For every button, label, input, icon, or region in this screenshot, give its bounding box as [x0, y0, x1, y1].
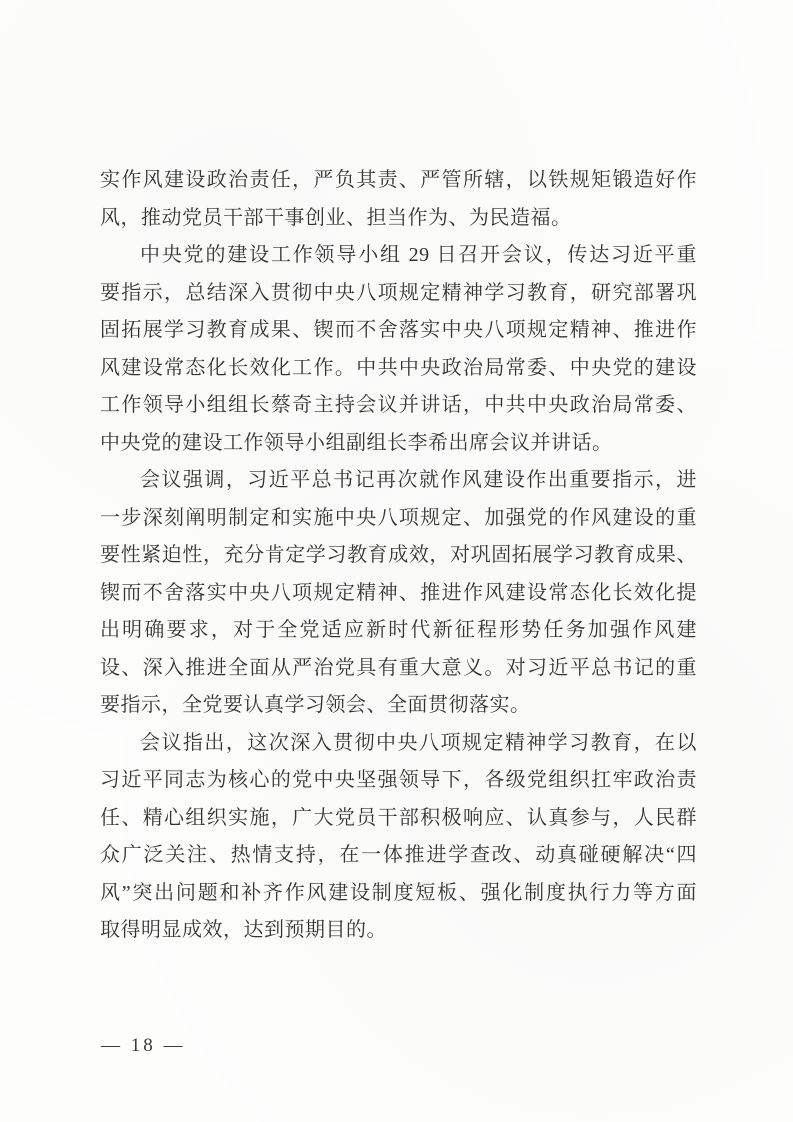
body-text-line: 要性紧迫性，充分肯定学习教育成效，对巩固拓展学习教育成果、	[100, 537, 697, 575]
body-text-line: 出明确要求，对于全党适应新时代新征程形势任务加强作风建	[100, 612, 697, 650]
body-text-line: 要指示，全党要认真学习领会、全面贯彻落实。	[100, 687, 697, 725]
body-text-line: 风建设常态化长效化工作。中共中央政治局常委、中央党的建设	[100, 350, 697, 388]
body-text-line: 一步深刻阐明制定和实施中央八项规定、加强党的作风建设的重	[100, 500, 697, 538]
body-text-line: 风”突出问题和补齐作风建设制度短板、强化制度执行力等方面	[100, 875, 697, 913]
body-text-line: 任、精心组织实施，广大党员干部积极响应、认真参与，人民群	[100, 800, 697, 838]
body-text-line: 取得明显成效，达到预期目的。	[100, 912, 697, 950]
body-text-line: 中央党的建设工作领导小组副组长李希出席会议并讲话。	[100, 425, 697, 463]
body-text-line: 会议强调，习近平总书记再次就作风建设作出重要指示，进	[100, 462, 697, 500]
body-text-line: 工作领导小组组长蔡奇主持会议并讲话，中共中央政治局常委、	[100, 387, 697, 425]
body-text: 实作风建设政治责任，严负其责、严管所辖，以铁规矩锻造好作 风，推动党员干部干事创…	[100, 162, 697, 950]
body-text-line: 风，推动党员干部干事创业、担当作为、为民造福。	[100, 200, 697, 238]
body-text-line: 固拓展学习教育成果、锲而不舍落实中央八项规定精神、推进作	[100, 312, 697, 350]
body-text-line: 要指示，总结深入贯彻中央八项规定精神学习教育，研究部署巩	[100, 275, 697, 313]
body-text-line: 锲而不舍落实中央八项规定精神、推进作风建设常态化长效化提	[100, 575, 697, 613]
page-number: — 18 —	[101, 1035, 186, 1057]
document-page: 实作风建设政治责任，严负其责、严管所辖，以铁规矩锻造好作 风，推动党员干部干事创…	[0, 0, 793, 1122]
body-text-line: 实作风建设政治责任，严负其责、严管所辖，以铁规矩锻造好作	[100, 162, 697, 200]
body-text-line: 会议指出，这次深入贯彻中央八项规定精神学习教育，在以	[100, 725, 697, 763]
body-text-line: 习近平同志为核心的党中央坚强领导下，各级党组织扛牢政治责	[100, 762, 697, 800]
body-text-line: 众广泛关注、热情支持，在一体推进学查改、动真碰硬解决“四	[100, 837, 697, 875]
body-text-line: 中央党的建设工作领导小组 29 日召开会议，传达习近平重	[100, 237, 697, 275]
body-text-line: 设、深入推进全面从严治党具有重大意义。对习近平总书记的重	[100, 650, 697, 688]
